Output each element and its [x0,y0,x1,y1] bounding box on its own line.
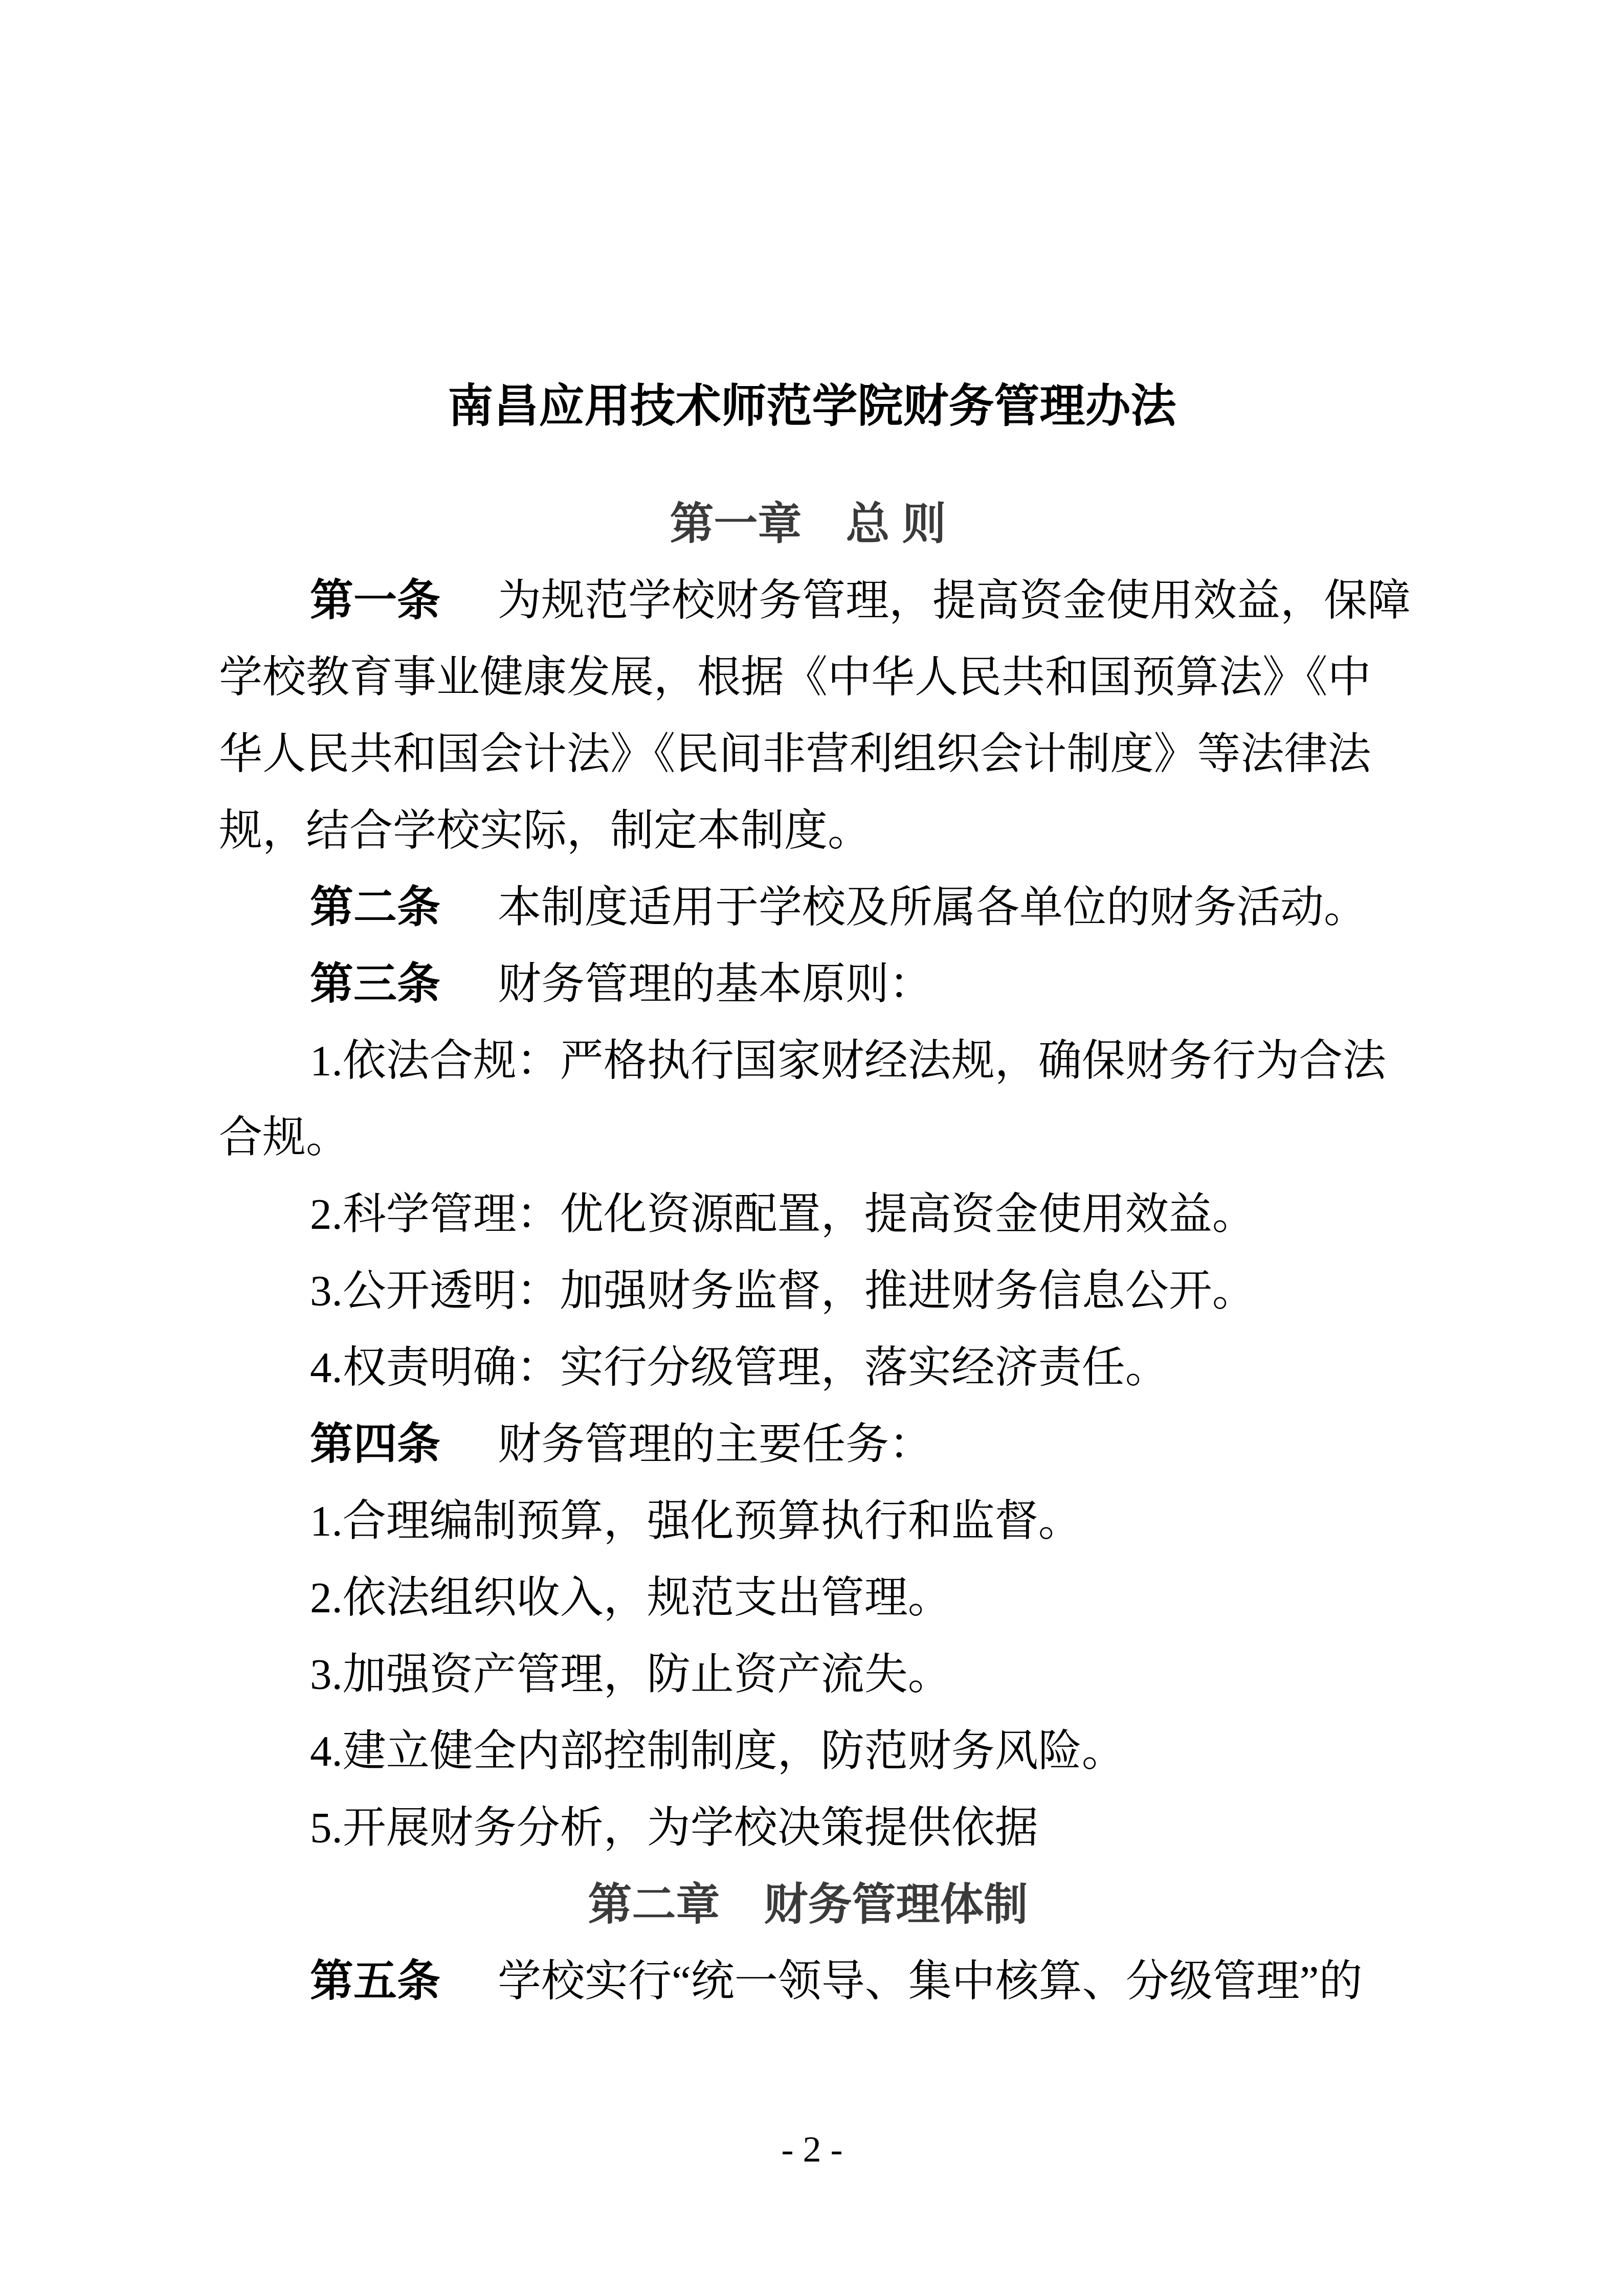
line-text: 财务管理的主要任务： [498,1421,932,1469]
line-text: 5.开展财务分析，为学校决策提供依据 [310,1804,1038,1852]
line-text: 2.科学管理：优化资源配置，提高资金使用效益。 [310,1190,1256,1239]
text-line: 1.依法合规：严格执行国家财经法规，确保财务行为合法 [219,1023,1397,1099]
text-line: 第四条财务管理的主要任务： [219,1406,1397,1483]
line-text: 财务管理的基本原则： [498,960,932,1008]
text-line: 3.加强资产管理，防止资产流失。 [219,1636,1397,1713]
line-text: 2.依法组织收入，规范支出管理。 [310,1574,951,1622]
page-number: - 2 - [0,2128,1624,2171]
text-line: 4.建立健全内部控制制度，防范财务风险。 [219,1713,1397,1790]
line-text: 学校教育事业健康发展，根据《中华人民共和国预算法》《中 [219,654,1371,702]
line-text: 学校实行“统一领导、集中核算、分级管理”的 [498,1957,1362,2006]
text-line: 5.开展财务分析，为学校决策提供依据 [219,1790,1397,1866]
text-line: 1.合理编制预算，强化预算执行和监督。 [219,1483,1397,1560]
line-text: 第一章 总 则 [670,500,946,549]
text-line: 第五条学校实行“统一领导、集中核算、分级管理”的 [219,1943,1397,2020]
text-line: 学校教育事业健康发展，根据《中华人民共和国预算法》《中 [219,639,1397,716]
line-text: 合规。 [219,1114,349,1162]
text-line: 2.依法组织收入，规范支出管理。 [219,1560,1397,1636]
text-line: 3.公开透明：加强财务监督，推进财务信息公开。 [219,1253,1397,1330]
text-line: 第三条财务管理的基本原则： [219,946,1397,1023]
text-line: 华人民共和国会计法》《民间非营利组织会计制度》等法律法 [219,716,1397,793]
line-text: 第二章 财务管理体制 [588,1880,1028,1929]
article-number: 第一条 [310,577,440,625]
text-line: 第二条本制度适用于学校及所属各单位的财务活动。 [219,869,1397,946]
text-line: 合规。 [219,1099,1397,1176]
article-number: 第四条 [310,1421,440,1469]
line-text: 3.加强资产管理，防止资产流失。 [310,1651,951,1699]
text-line: 第一条为规范学校财务管理，提高资金使用效益，保障 [219,562,1397,639]
document-body: 第一章 总 则第一条为规范学校财务管理，提高资金使用效益，保障学校教育事业健康发… [219,486,1397,2020]
line-text: 4.建立健全内部控制制度，防范财务风险。 [310,1727,1125,1775]
line-text: 华人民共和国会计法》《民间非营利组织会计制度》等法律法 [219,730,1371,778]
document-page: 南昌应用技术师范学院财务管理办法 第一章 总 则第一条为规范学校财务管理，提高资… [0,0,1624,2296]
text-line: 4.权责明确：实行分级管理，落实经济责任。 [219,1330,1397,1406]
line-text: 为规范学校财务管理，提高资金使用效益，保障 [498,577,1411,625]
document-title: 南昌应用技术师范学院财务管理办法 [0,379,1624,432]
line-text: 本制度适用于学校及所属各单位的财务活动。 [498,884,1367,932]
line-text: 3.公开透明：加强财务监督，推进财务信息公开。 [310,1267,1256,1315]
line-text: 1.合理编制预算，强化预算执行和监督。 [310,1497,1082,1545]
text-line: 规，结合学校实际，制定本制度。 [219,793,1397,869]
text-line: 2.科学管理：优化资源配置，提高资金使用效益。 [219,1176,1397,1253]
article-number: 第二条 [310,884,440,932]
line-text: 1.依法合规：严格执行国家财经法规，确保财务行为合法 [310,1037,1386,1085]
article-number: 第三条 [310,960,440,1008]
article-number: 第五条 [310,1957,440,2006]
chapter-heading: 第二章 财务管理体制 [219,1866,1397,1943]
chapter-heading: 第一章 总 则 [219,486,1397,562]
line-text: 4.权责明确：实行分级管理，落实经济责任。 [310,1344,1169,1392]
line-text: 规，结合学校实际，制定本制度。 [219,807,871,855]
